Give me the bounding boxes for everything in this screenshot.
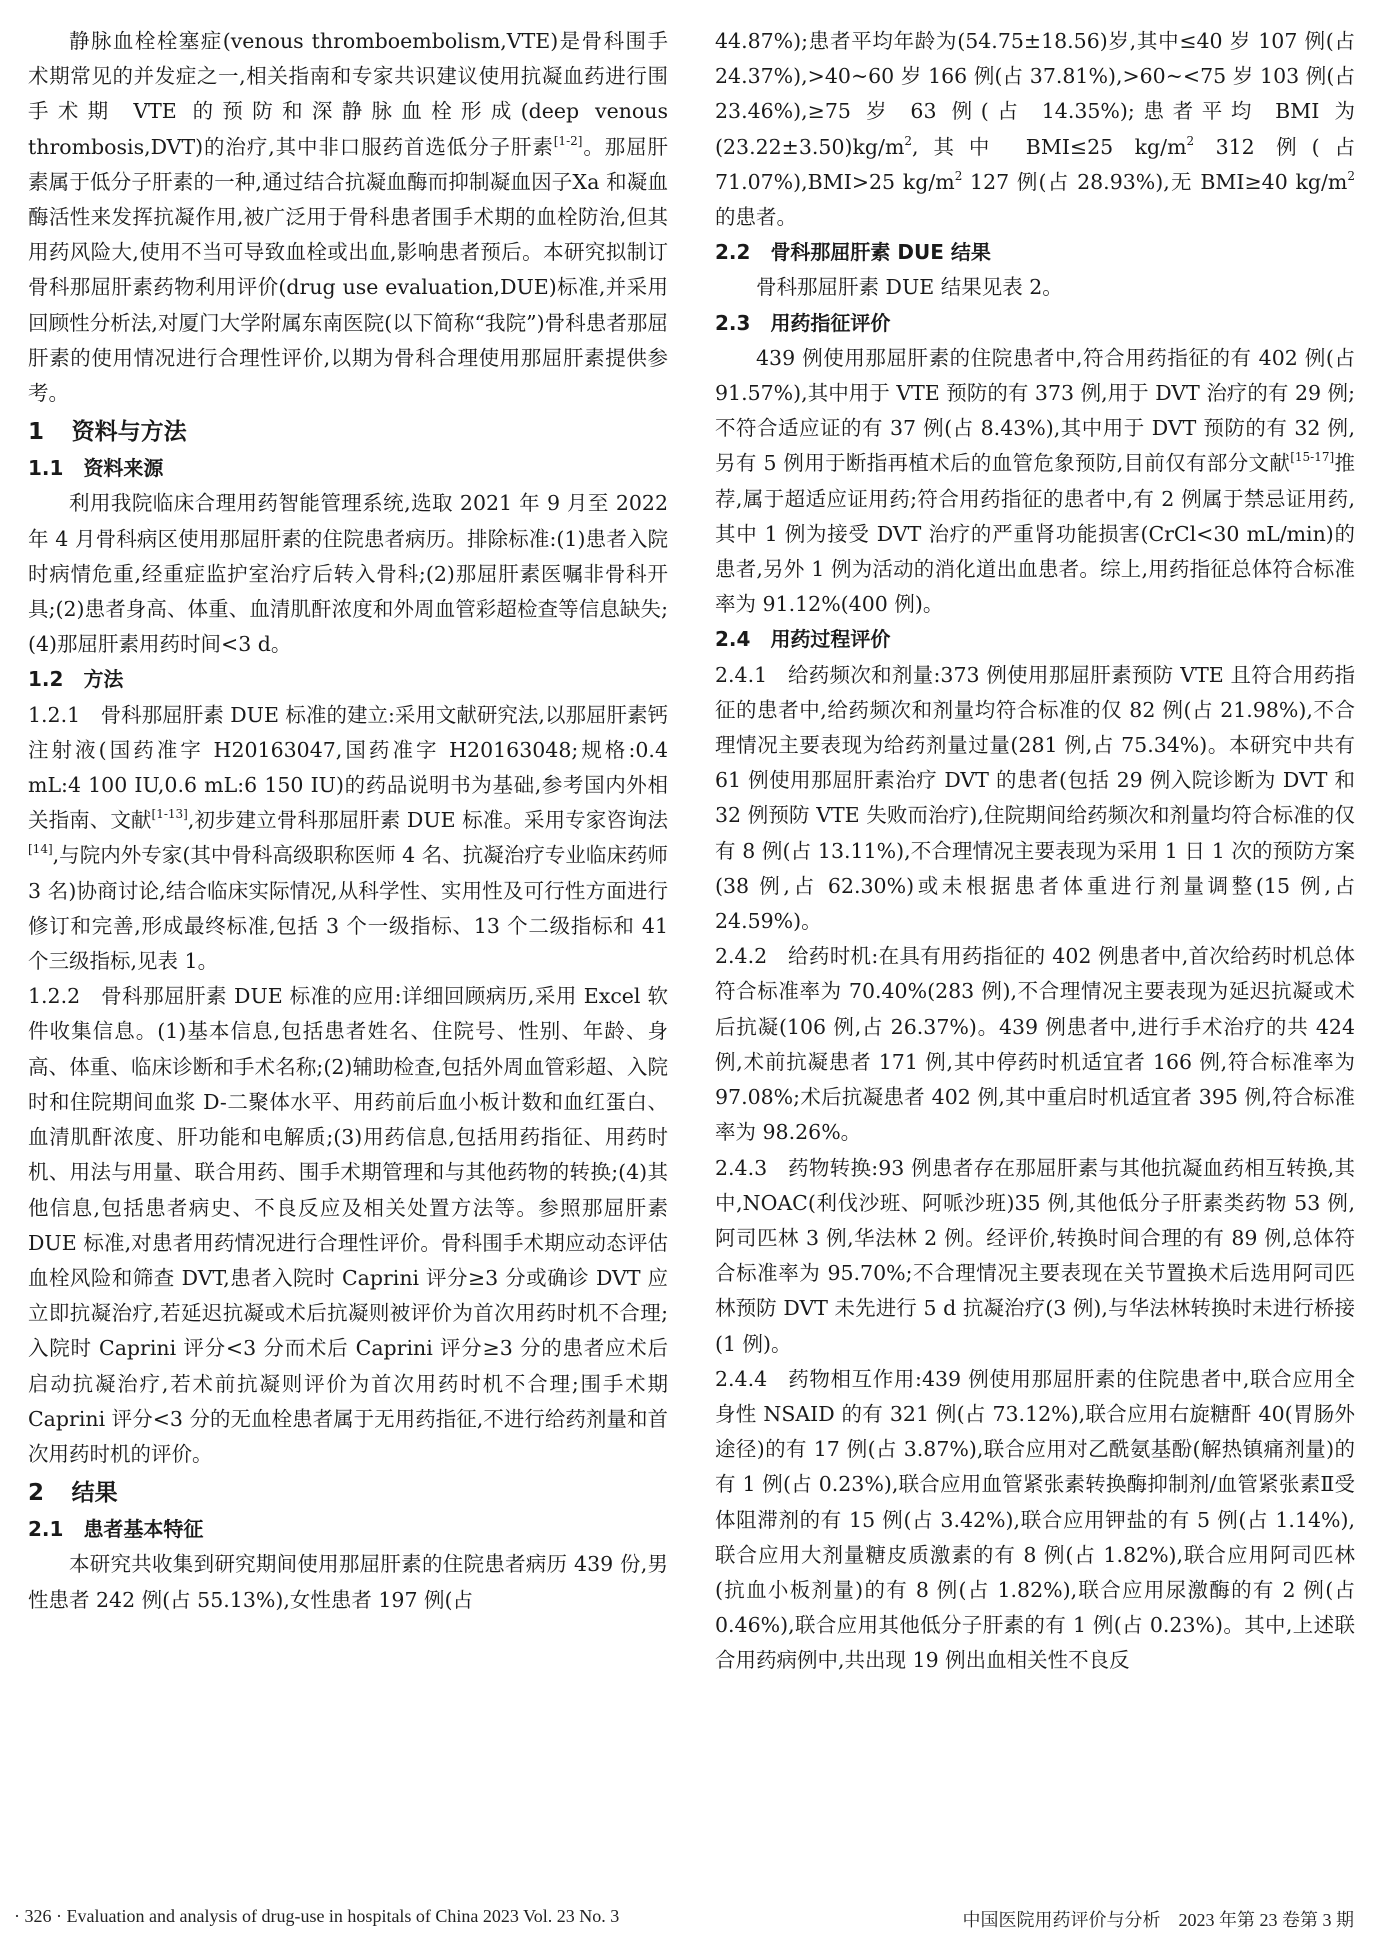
subsection-number: 2.4 [715, 622, 750, 657]
paragraph-text: 的患者。 [715, 205, 797, 229]
subsection-heading-1-2: 1.2方法 [28, 662, 668, 697]
section-heading-1: 1资料与方法 [28, 413, 668, 451]
section-number: 1 [28, 413, 44, 451]
subsubsection-number: 1.2.1 [28, 703, 80, 727]
journal-name-chinese: 中国医院用药评价与分析 [963, 1910, 1161, 1930]
paragraph-2-4-4: 2.4.4药物相互作用:439 例使用那屈肝素的住院患者中,联合应用全身性 NS… [715, 1362, 1355, 1679]
page-footer: · 326 · Evaluation and analysis of drug-… [14, 1906, 1364, 1934]
subsubsection-number: 2.4.4 [715, 1367, 767, 1391]
superscript: 2 [1347, 169, 1355, 183]
subsection-title: 用药指征评价 [770, 311, 890, 335]
intro-text-continued: 。那屈肝素属于低分子肝素的一种,通过结合抗凝血酶而抑制凝血因子Ⅹa 和凝血酶活性… [28, 135, 668, 405]
subsection-heading-1-1: 1.1资料来源 [28, 451, 668, 486]
paragraph-1-2-2: 1.2.2骨科那屈肝素 DUE 标准的应用:详细回顾病历,采用 Excel 软件… [28, 979, 668, 1472]
paragraph-text: 给药频次和剂量:373 例使用那屈肝素预防 VTE 且符合用药指征的患者中,给药… [715, 663, 1355, 933]
paragraph-2-3: 439 例使用那屈肝素的住院患者中,符合用药指征的有 402 例(占 91.57… [715, 341, 1355, 623]
citation-ref[interactable]: [14] [28, 842, 53, 856]
subsubsection-number: 2.4.2 [715, 944, 767, 968]
superscript: 2 [904, 134, 912, 148]
subsection-heading-2-2: 2.2骨科那屈肝素 DUE 结果 [715, 235, 1355, 270]
paragraph-text: ,初步建立骨科那屈肝素 DUE 标准。采用专家咨询法 [188, 808, 668, 832]
subsection-title: 资料来源 [83, 456, 163, 480]
paragraph-1-2-1: 1.2.1骨科那屈肝素 DUE 标准的建立:采用文献研究法,以那屈肝素钙注射液(… [28, 698, 668, 980]
paragraph-text: 127 例(占 28.93%),无 BMI≥40 kg/m [962, 170, 1347, 194]
journal-page: 静脉血栓栓塞症(venous thromboembolism,VTE)是骨科围手… [0, 0, 1375, 1940]
footer-left: · 326 · Evaluation and analysis of drug-… [14, 1906, 619, 1927]
subsubsection-number: 2.4.3 [715, 1156, 767, 1180]
paragraph-2-2: 骨科那屈肝素 DUE 结果见表 2。 [715, 270, 1355, 305]
subsection-title: 方法 [83, 667, 123, 691]
subsubsection-number: 1.2.2 [28, 984, 80, 1008]
paragraph-text: 推荐,属于超适应证用药;符合用药指征的患者中,有 2 例属于禁忌证用药,其中 1… [715, 451, 1355, 616]
subsection-heading-2-4: 2.4用药过程评价 [715, 622, 1355, 657]
citation-ref[interactable]: [1-2] [554, 134, 583, 148]
subsection-number: 1.2 [28, 662, 63, 697]
paragraph-text: 给药时机:在具有用药指征的 402 例患者中,首次给药时机总体符合标准率为 70… [715, 944, 1355, 1144]
subsection-title: 骨科那屈肝素 DUE 结果 [770, 240, 990, 264]
section-number: 2 [28, 1474, 44, 1512]
journal-issue: 2023 年第 23 卷第 3 期 [1179, 1910, 1355, 1930]
paragraph-text: 药物相互作用:439 例使用那屈肝素的住院患者中,联合应用全身性 NSAID 的… [715, 1367, 1355, 1673]
section-title: 资料与方法 [72, 419, 187, 445]
paragraph-text: 骨科那屈肝素 DUE 标准的应用:详细回顾病历,采用 Excel 软件收集信息。… [28, 984, 668, 1466]
intro-paragraph: 静脉血栓栓塞症(venous thromboembolism,VTE)是骨科围手… [28, 24, 668, 411]
paragraph-text: 439 例使用那屈肝素的住院患者中,符合用药指征的有 402 例(占 91.57… [715, 346, 1355, 476]
section-heading-2: 2结果 [28, 1474, 668, 1512]
citation-ref[interactable]: [15-17] [1290, 450, 1334, 464]
subsubsection-number: 2.4.1 [715, 663, 767, 687]
subsection-heading-2-1: 2.1患者基本特征 [28, 1512, 668, 1547]
footer-right: 中国医院用药评价与分析2023 年第 23 卷第 3 期 [963, 1906, 1355, 1932]
left-column: 静脉血栓栓塞症(venous thromboembolism,VTE)是骨科围手… [28, 24, 668, 1618]
paragraph-2-4-3: 2.4.3药物转换:93 例患者存在那屈肝素与其他抗凝血药相互转换,其中,NOA… [715, 1151, 1355, 1362]
subsection-number: 2.3 [715, 306, 750, 341]
superscript: 2 [1187, 134, 1195, 148]
subsection-title: 患者基本特征 [83, 1517, 203, 1541]
right-column: 44.87%);患者平均年龄为(54.75±18.56)岁,其中≤40 岁 10… [715, 24, 1355, 1679]
subsection-number: 2.1 [28, 1512, 63, 1547]
page-number: · 326 · [14, 1906, 62, 1926]
subsection-number: 2.2 [715, 235, 750, 270]
paragraph-text: ,与院内外专家(其中骨科高级职称医师 4 名、抗凝治疗专业临床药师 3 名)协商… [28, 843, 668, 973]
paragraph-2-1: 本研究共收集到研究期间使用那屈肝素的住院患者病历 439 份,男性患者 242 … [28, 1547, 668, 1617]
paragraph-text: ,其中 BMI≤25 kg/m [912, 135, 1186, 159]
subsection-heading-2-3: 2.3用药指征评价 [715, 306, 1355, 341]
journal-name-english: Evaluation and analysis of drug-use in h… [67, 1906, 620, 1926]
paragraph-2-4-1: 2.4.1给药频次和剂量:373 例使用那屈肝素预防 VTE 且符合用药指征的患… [715, 658, 1355, 940]
paragraph-2-1-continued: 44.87%);患者平均年龄为(54.75±18.56)岁,其中≤40 岁 10… [715, 24, 1355, 235]
subsection-title: 用药过程评价 [770, 627, 890, 651]
section-title: 结果 [72, 1480, 118, 1506]
paragraph-1-1: 利用我院临床合理用药智能管理系统,选取 2021 年 9 月至 2022 年 4… [28, 486, 668, 662]
paragraph-2-4-2: 2.4.2给药时机:在具有用药指征的 402 例患者中,首次给药时机总体符合标准… [715, 939, 1355, 1150]
paragraph-text: 药物转换:93 例患者存在那屈肝素与其他抗凝血药相互转换,其中,NOAC(利伐沙… [715, 1156, 1355, 1356]
citation-ref[interactable]: [1-13] [152, 807, 188, 821]
subsection-number: 1.1 [28, 451, 63, 486]
